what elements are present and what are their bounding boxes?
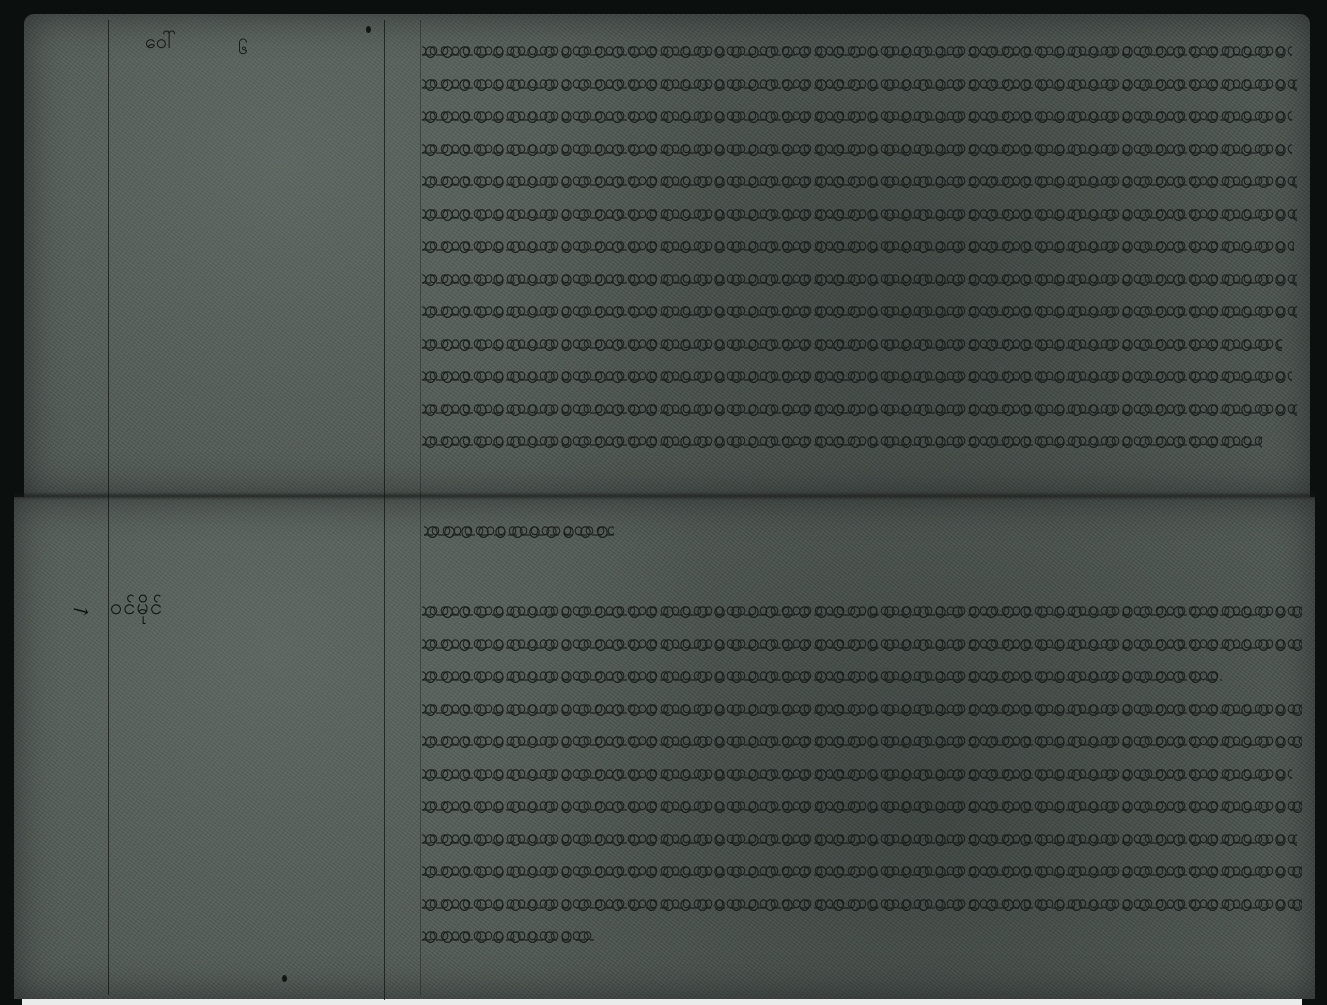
handwritten-line: [422, 633, 1302, 655]
handwritten-line: [422, 170, 1297, 192]
manuscript-line: [422, 166, 1302, 199]
bottom-folio-text: [422, 596, 1307, 954]
top-margin-label: ဝေါ်: [145, 28, 177, 58]
handwritten-line: [422, 763, 1292, 785]
handwritten-line: [422, 105, 1292, 127]
text-rule: [420, 20, 421, 995]
manuscript-line: [422, 759, 1307, 792]
manuscript-line: [422, 361, 1302, 394]
manuscript-line: [422, 394, 1302, 427]
handwritten-line: [422, 925, 594, 947]
manuscript-line: [422, 726, 1307, 759]
handwritten-line: [422, 600, 1302, 622]
handwritten-line: [422, 665, 1222, 687]
handwritten-line: [422, 138, 1292, 160]
handwritten-line: [422, 698, 1302, 720]
margin-rule-inner: [384, 20, 385, 1000]
ink-dot-mark: [282, 975, 287, 982]
top-folio-text: [422, 36, 1302, 459]
scan-edge-strip: [22, 999, 1302, 1005]
manuscript-line: [422, 134, 1302, 167]
manuscript-line: [422, 426, 1302, 459]
manuscript-line: [422, 264, 1302, 297]
manuscript-line: [422, 199, 1302, 232]
handwritten-line: [422, 828, 1297, 850]
handwritten-line: [422, 795, 1302, 817]
manuscript-line: [422, 596, 1307, 629]
manuscript-line: [422, 329, 1302, 362]
manuscript-line: [422, 661, 1307, 694]
handwritten-line: [422, 365, 1292, 387]
manuscript-line: [422, 694, 1307, 727]
manuscript-line: [422, 791, 1307, 824]
handwritten-line: [422, 893, 1302, 915]
handwritten-line: [422, 730, 1302, 752]
folio-fold-line: [14, 492, 1315, 500]
handwritten-line: [422, 203, 1297, 225]
handwritten-line: [422, 40, 1292, 62]
manuscript-line: [422, 921, 1307, 954]
manuscript-line: [422, 69, 1302, 102]
manuscript-line: [422, 101, 1302, 134]
handwritten-line: [422, 73, 1297, 95]
manuscript-scan: ဝေါ် ၆ ↘ ဝင်မိုင်: [0, 0, 1327, 1005]
handwritten-line: [422, 860, 1302, 882]
manuscript-line: [422, 824, 1307, 857]
handwritten-line: [422, 430, 1262, 452]
manuscript-line: [422, 231, 1302, 264]
handwritten-line: [422, 300, 1297, 322]
manuscript-line: [422, 36, 1302, 69]
manuscript-line: [422, 889, 1307, 922]
margin-rule-outer: [108, 20, 109, 995]
handwritten-line: [422, 235, 1294, 257]
handwritten-heading: [424, 520, 614, 542]
handwritten-line: [422, 398, 1297, 420]
handwritten-line: [422, 333, 1282, 355]
ink-dot-mark: [366, 26, 371, 33]
manuscript-line: [422, 629, 1307, 662]
handwritten-line: [422, 268, 1297, 290]
manuscript-line: [422, 856, 1307, 889]
manuscript-line: [422, 296, 1302, 329]
folio-number-mark: ၆: [238, 36, 249, 63]
bottom-margin-label: ဝင်မိုင်: [110, 592, 163, 625]
